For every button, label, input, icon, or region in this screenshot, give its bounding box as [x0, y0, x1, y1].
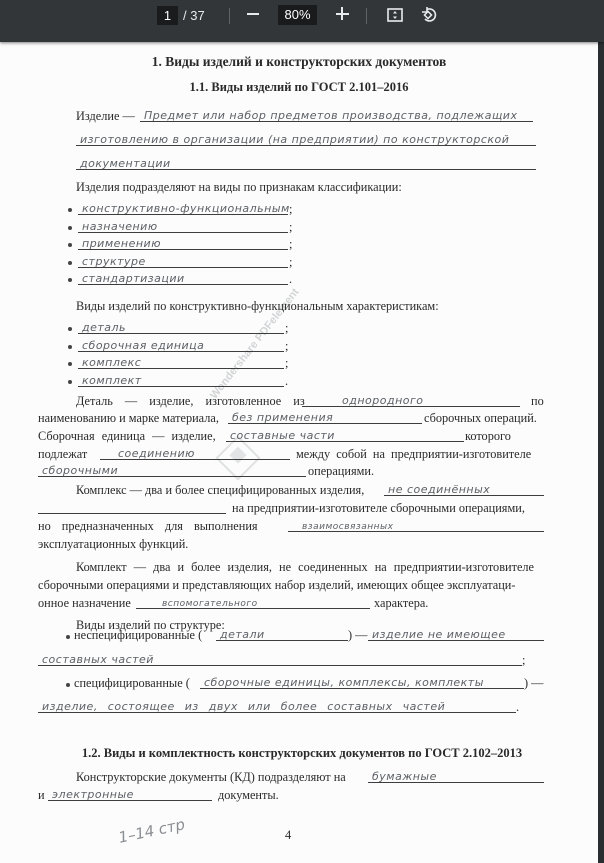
bullet [68, 380, 72, 384]
complex-answer-1[interactable]: не соединённых [384, 483, 544, 496]
list-item-end: ; [285, 339, 288, 354]
scrollbar[interactable] [598, 42, 604, 863]
structure-answer-def[interactable]: изделие не имеющее [368, 628, 544, 641]
detail-answer-2[interactable]: без применения [228, 411, 422, 424]
page-total: / 37 [183, 6, 205, 25]
structure-item-label: неспецифицированные ( [74, 628, 202, 643]
list-item-end: ; [285, 321, 288, 336]
product-def-answer-line[interactable]: Предмет или набор предметов производства… [140, 109, 533, 122]
bullet [66, 635, 70, 639]
structure-answer-def[interactable]: составных частей [38, 653, 522, 666]
list-item-end: ; [285, 356, 288, 371]
assembly-answer-3[interactable]: сборочными [38, 464, 306, 477]
handwritten-answer: сборочная единица [82, 339, 204, 352]
kit-def-text: сборочными операциями и представляющих н… [38, 578, 515, 593]
section-heading: 1. Виды изделий и конструкторских докуме… [0, 54, 598, 70]
handwritten-answer: вспомогательного [162, 599, 258, 609]
structure-item-label: специфицированные ( [74, 676, 190, 691]
document-page: Wondershare PDFelement 1. Виды изделий и… [0, 42, 598, 863]
handwritten-answer: бумажные [372, 770, 437, 783]
list-item-answer-line[interactable]: структуре [78, 255, 288, 268]
kd-def-text: Конструкторские документы (КД) подраздел… [76, 770, 346, 785]
handwritten-answer: конструктивно-функциональным [82, 202, 290, 215]
handwritten-answer: взаимосвязанных [302, 522, 393, 532]
pdf-toolbar: 1 / 37 80% [0, 0, 604, 42]
assembly-def-text: которого [465, 429, 511, 444]
bullet [68, 243, 72, 247]
complex-def-text: эксплуатационных функций. [38, 537, 188, 552]
zoom-level-input[interactable]: 80% [278, 5, 317, 25]
kd-answer-1[interactable]: бумажные [368, 770, 544, 783]
kit-answer[interactable]: вспомогательного [136, 596, 370, 609]
bullet [68, 327, 72, 331]
handwritten-answer: электронные [52, 788, 134, 801]
classification-intro: Изделия подразделяют на виды по признака… [76, 180, 402, 195]
bullet [68, 345, 72, 349]
handwritten-answer: сборочные единицы, комплексы, комплекты [204, 676, 484, 689]
list-item-end: . [289, 272, 292, 287]
complex-answer-1-cont[interactable] [38, 501, 226, 514]
list-item-answer-line[interactable]: сборочная единица [78, 339, 284, 352]
handwritten-answer: деталь [82, 321, 126, 334]
zoom-out-button[interactable] [242, 4, 264, 26]
detail-answer-1[interactable]: однородного [302, 394, 520, 407]
kit-def-text: онное назначение [38, 596, 131, 611]
structure-answer-paren[interactable]: детали [216, 628, 348, 641]
page-number: 4 [285, 828, 291, 843]
subsection-heading: 1.1. Виды изделий по ГОСТ 2.101–2016 [0, 80, 598, 95]
handwritten-answer: Предмет или набор предметов производства… [144, 109, 517, 122]
complex-answer-2[interactable]: взаимосвязанных [288, 519, 544, 532]
bullet [68, 261, 72, 265]
detail-def-text: наименованию и марке материала, [38, 411, 219, 426]
handwritten-answer: детали [220, 628, 265, 641]
kit-def-text: характера. [374, 596, 428, 611]
bullet [68, 362, 72, 366]
list-item-answer-line[interactable]: комплекс [78, 356, 284, 369]
fit-to-page-icon [387, 8, 403, 22]
list-item-end: ; [289, 237, 292, 252]
structure-item-close: ) — [524, 676, 543, 691]
rotate-counterclockwise-icon [421, 6, 439, 24]
handwritten-answer: однородного [342, 394, 424, 407]
handwritten-answer: изготовлению в организации (на предприят… [80, 133, 509, 146]
functional-intro: Виды изделий по конструктивно-функционал… [76, 299, 439, 314]
list-item-answer-line[interactable]: применению [78, 237, 288, 250]
handwritten-answer: не соединённых [388, 483, 490, 496]
handwritten-answer: применению [82, 237, 161, 250]
detail-def-text: сборочных операций. [424, 411, 537, 426]
assembly-def-text: операциями. [308, 464, 374, 479]
subsection-heading: 1.2. Виды и комплектность конструкторски… [42, 746, 562, 761]
product-def-answer-line[interactable]: документации [76, 157, 536, 170]
handwritten-answer: документации [80, 157, 171, 170]
handwritten-answer: составные части [230, 429, 335, 442]
assembly-def-text: подлежат [38, 447, 87, 462]
handwritten-answer: соединению [118, 447, 195, 460]
bullet [68, 208, 72, 212]
assembly-answer-2[interactable]: соединению [100, 447, 290, 460]
kd-def-text: документы. [218, 788, 279, 803]
assembly-def-text: Сборочная единица — изделие, [38, 429, 216, 444]
fit-to-page-button[interactable] [384, 4, 406, 26]
bullet [68, 226, 72, 230]
structure-item-end: . [516, 700, 519, 715]
handwritten-answer: комплект [82, 374, 142, 387]
handwritten-answer: комплекс [82, 356, 141, 369]
handwritten-answer: изделие, состоящее из двух или более сос… [42, 700, 445, 713]
product-def-answer-line[interactable]: изготовлению в организации (на предприят… [76, 133, 536, 146]
structure-answer-def[interactable]: изделие, состоящее из двух или более сос… [38, 700, 516, 713]
list-item-answer-line[interactable]: стандартизации [78, 272, 288, 285]
kd-def-text: и [38, 788, 45, 803]
bullet [66, 683, 70, 687]
assembly-def-text: между собой на предприятии-изготовителе [296, 447, 531, 462]
structure-item-close: ) — [348, 628, 367, 643]
plus-icon [336, 7, 349, 20]
list-item-answer-line[interactable]: комплект [78, 374, 284, 387]
handwritten-answer: структуре [82, 255, 146, 268]
list-item-answer-line[interactable]: конструктивно-функциональным [78, 202, 288, 215]
handwritten-answer: назначению [82, 220, 158, 233]
list-item-end: ; [289, 255, 292, 270]
toolbar-divider [229, 8, 230, 24]
list-item-end: ; [289, 202, 292, 217]
toolbar-divider [366, 8, 367, 24]
complex-def-text: Комплекс — два и более специфицированных… [76, 483, 364, 498]
zoom-in-button[interactable] [331, 4, 353, 26]
list-item-end: ; [289, 220, 292, 235]
list-item-answer-line[interactable]: деталь [78, 321, 284, 334]
list-item-answer-line[interactable]: назначению [78, 220, 288, 233]
complex-def-text: но предназначенных для выполнения [38, 519, 258, 534]
detail-def-text: Деталь — изделие, изготовленное из [76, 394, 305, 409]
minus-icon [247, 13, 259, 15]
structure-item-end: ; [522, 653, 525, 668]
product-def-label: Изделие — [76, 109, 135, 124]
handwritten-answer: изделие не имеющее [372, 628, 506, 641]
handwritten-answer: стандартизации [82, 272, 185, 285]
kd-answer-2[interactable]: электронные [48, 788, 212, 801]
margin-note: 1–14 стр [117, 815, 187, 847]
bullet [68, 278, 72, 282]
handwritten-answer: составных частей [42, 653, 154, 666]
page-number-input[interactable]: 1 [157, 6, 178, 25]
handwritten-answer: сборочными [42, 464, 118, 477]
rotate-button[interactable] [419, 4, 441, 26]
structure-answer-paren[interactable]: сборочные единицы, комплексы, комплекты [200, 676, 524, 689]
complex-def-text: на предприятии-изготовителе сборочными о… [232, 501, 525, 516]
kit-def-text: Комплект — два и более изделия, не соеди… [76, 560, 534, 575]
detail-def-text: по [531, 394, 544, 409]
assembly-answer-1[interactable]: составные части [226, 429, 464, 442]
handwritten-answer: без применения [232, 411, 333, 424]
list-item-end: . [285, 374, 288, 389]
